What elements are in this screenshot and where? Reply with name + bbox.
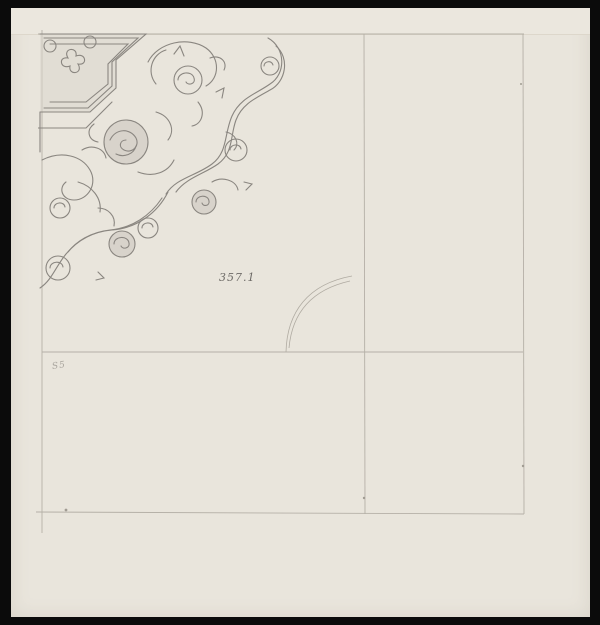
ornamental-rosette-drawing [38,32,300,294]
inventory-number: 357.1 [219,271,256,284]
margin-mark: S5 [51,360,66,372]
